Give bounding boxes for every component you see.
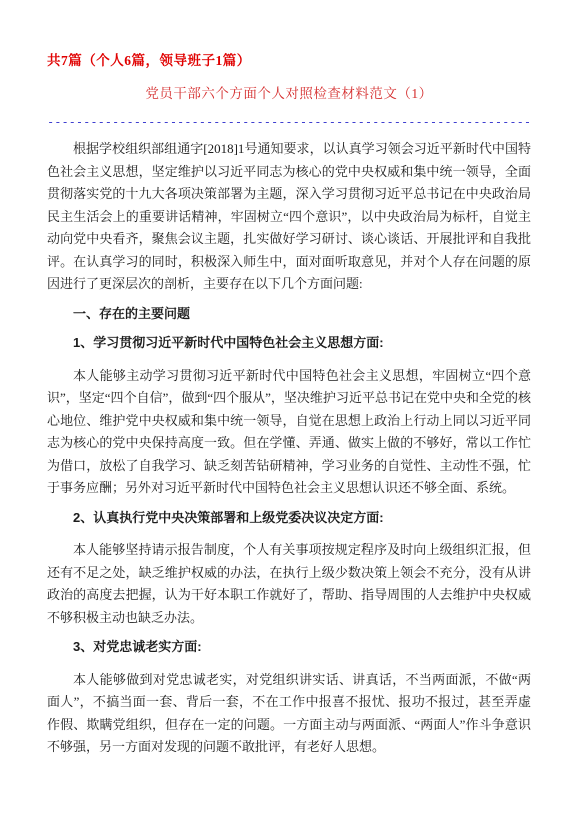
- section-heading-loyalty-honesty: 3、对党忠诚老实方面:: [47, 636, 531, 659]
- section-paragraph-loyalty-honesty: 本人能够做到对党忠诚老实，对党组织讲实话、讲真话，不当两面派，不做“两面人”，不…: [47, 669, 531, 759]
- separator-dashed-line: ----------------------------------------…: [47, 116, 531, 128]
- intro-paragraph: 根据学校组织部组通字[2018]1号通知要求，以认真学习领会习近平新时代中国特色…: [47, 138, 531, 296]
- section-heading-main-problems: 一、存在的主要问题: [47, 303, 531, 326]
- document-count-note: 共7篇（个人6篇，领导班子1篇）: [47, 52, 531, 70]
- section-heading-execute-decisions: 2、认真执行党中央决策部署和上级党委决议决定方面:: [47, 507, 531, 530]
- section-paragraph-execute-decisions: 本人能够坚持请示报告制度，个人有关事项按规定程序及时向上级组织汇报，但还有不足之…: [47, 539, 531, 629]
- section-paragraph-study-implementation: 本人能够主动学习贯彻习近平新时代中国特色社会主义思想，牢固树立“四个意识”，坚定…: [47, 365, 531, 500]
- section-heading-study-implementation: 1、学习贯彻习近平新时代中国特色社会主义思想方面:: [47, 332, 531, 355]
- document-title: 党员干部六个方面个人对照检查材料范文（1）: [47, 85, 531, 103]
- document-page: 共7篇（个人6篇，领导班子1篇） 党员干部六个方面个人对照检查材料范文（1） -…: [0, 0, 578, 818]
